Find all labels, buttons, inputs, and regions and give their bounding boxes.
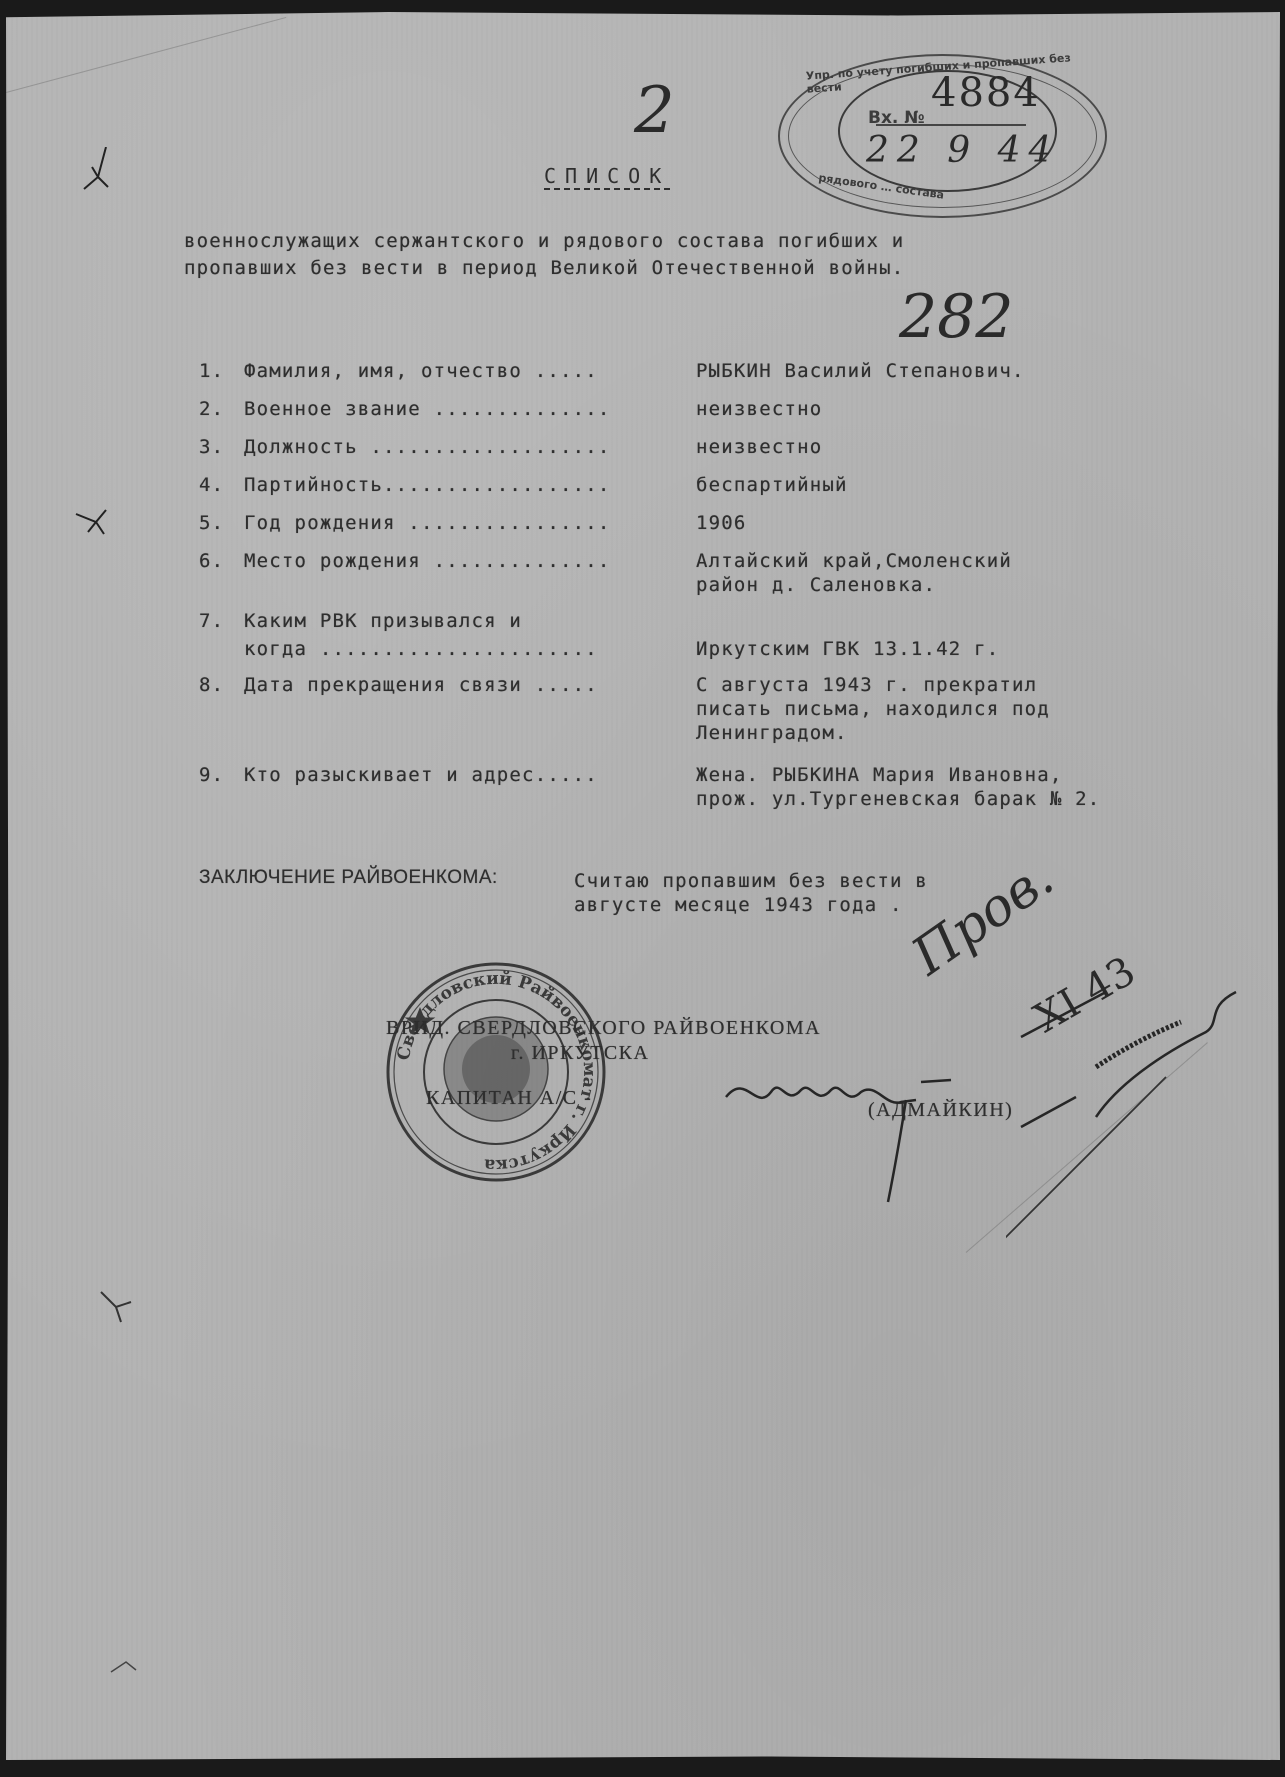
document-page: 2 Упр. по учету погибших и пропавших без… <box>6 12 1280 1760</box>
field-value: С августа 1943 г. прекратил <box>696 674 1037 696</box>
field-label: Военное звание .............. <box>244 398 611 420</box>
field-number: 2. <box>199 398 224 420</box>
verification-flourish <box>1006 937 1246 1257</box>
signature-title-line-2: г. ИРКУТСКА <box>511 1042 649 1065</box>
field-number: 7. <box>199 610 224 632</box>
field-value: писать письма, находился под <box>696 698 1050 720</box>
field-value: неизвестно <box>696 436 822 458</box>
field-label: Фамилия, имя, отчество ..... <box>244 360 598 382</box>
field-number: 4. <box>199 474 224 496</box>
field-value: РЫБКИН Василий Степанович. <box>696 360 1025 382</box>
field-value: Иркутским ГВК 13.1.42 г. <box>696 638 999 660</box>
signature <box>716 1052 976 1212</box>
field-label: Должность ................... <box>244 436 611 458</box>
conclusion-line-1: Считаю пропавшим без вести в <box>574 870 928 892</box>
field-label: Партийность.................. <box>244 474 611 496</box>
paper-tear-mark <box>101 1642 161 1692</box>
field-label: Дата прекращения связи ..... <box>244 674 598 696</box>
subtitle-line-1: военнослужащих сержантского и рядового с… <box>184 230 904 252</box>
fold-line <box>6 17 286 93</box>
field-value: прож. ул.Тургеневская барак № 2. <box>696 788 1100 810</box>
paper-tear-mark <box>66 147 126 197</box>
signature-title-line-1: ВРИД. СВЕРДЛОВСКОГО РАЙВОЕНКОМА <box>386 1017 821 1040</box>
incoming-date: 22 9 44 <box>866 130 1059 171</box>
handwritten-archive-number: 282 <box>899 282 1014 352</box>
field-label: Год рождения ................ <box>244 512 611 534</box>
field-value: район д. Саленовка. <box>696 574 936 596</box>
incoming-number: 4884 <box>931 70 1041 116</box>
field-value: неизвестно <box>696 398 822 420</box>
field-value: Алтайский край,Смоленский <box>696 550 1012 572</box>
field-value: беспартийный <box>696 474 848 496</box>
paper-tear-mark <box>66 502 126 552</box>
conclusion-line-2: августе месяце 1943 года . <box>574 894 903 916</box>
document-title: СПИСОК <box>544 164 670 188</box>
field-label: Место рождения .............. <box>244 550 611 572</box>
round-seal: Свердловский Райвоенкомат г. Иркутска <box>381 957 611 1187</box>
field-number: 8. <box>199 674 224 696</box>
signature-title-line-3: КАПИТАН А/С - <box>426 1087 592 1110</box>
field-number: 5. <box>199 512 224 534</box>
conclusion-label: ЗАКЛЮЧЕНИЕ РАЙВОЕНКОМА: <box>199 867 498 889</box>
field-number: 6. <box>199 550 224 572</box>
field-number: 3. <box>199 436 224 458</box>
field-value: Ленинградом. <box>696 722 848 744</box>
field-value: Жена. РЫБКИНА Мария Ивановна, <box>696 764 1063 786</box>
subtitle-line-2: пропавших без вести в период Великой Оте… <box>184 257 904 279</box>
paper-tear-mark <box>91 1282 151 1332</box>
field-label: Каким РВК призывался и <box>244 610 522 632</box>
stamp-underline <box>876 124 1026 126</box>
field-label: Кто разыскивает и адрес..... <box>244 764 598 786</box>
field-value: 1906 <box>696 512 747 534</box>
field-number: 9. <box>199 764 224 786</box>
field-number: 1. <box>199 360 224 382</box>
field-label-continued: когда ...................... <box>244 638 598 660</box>
handwritten-page-number: 2 <box>634 74 675 148</box>
